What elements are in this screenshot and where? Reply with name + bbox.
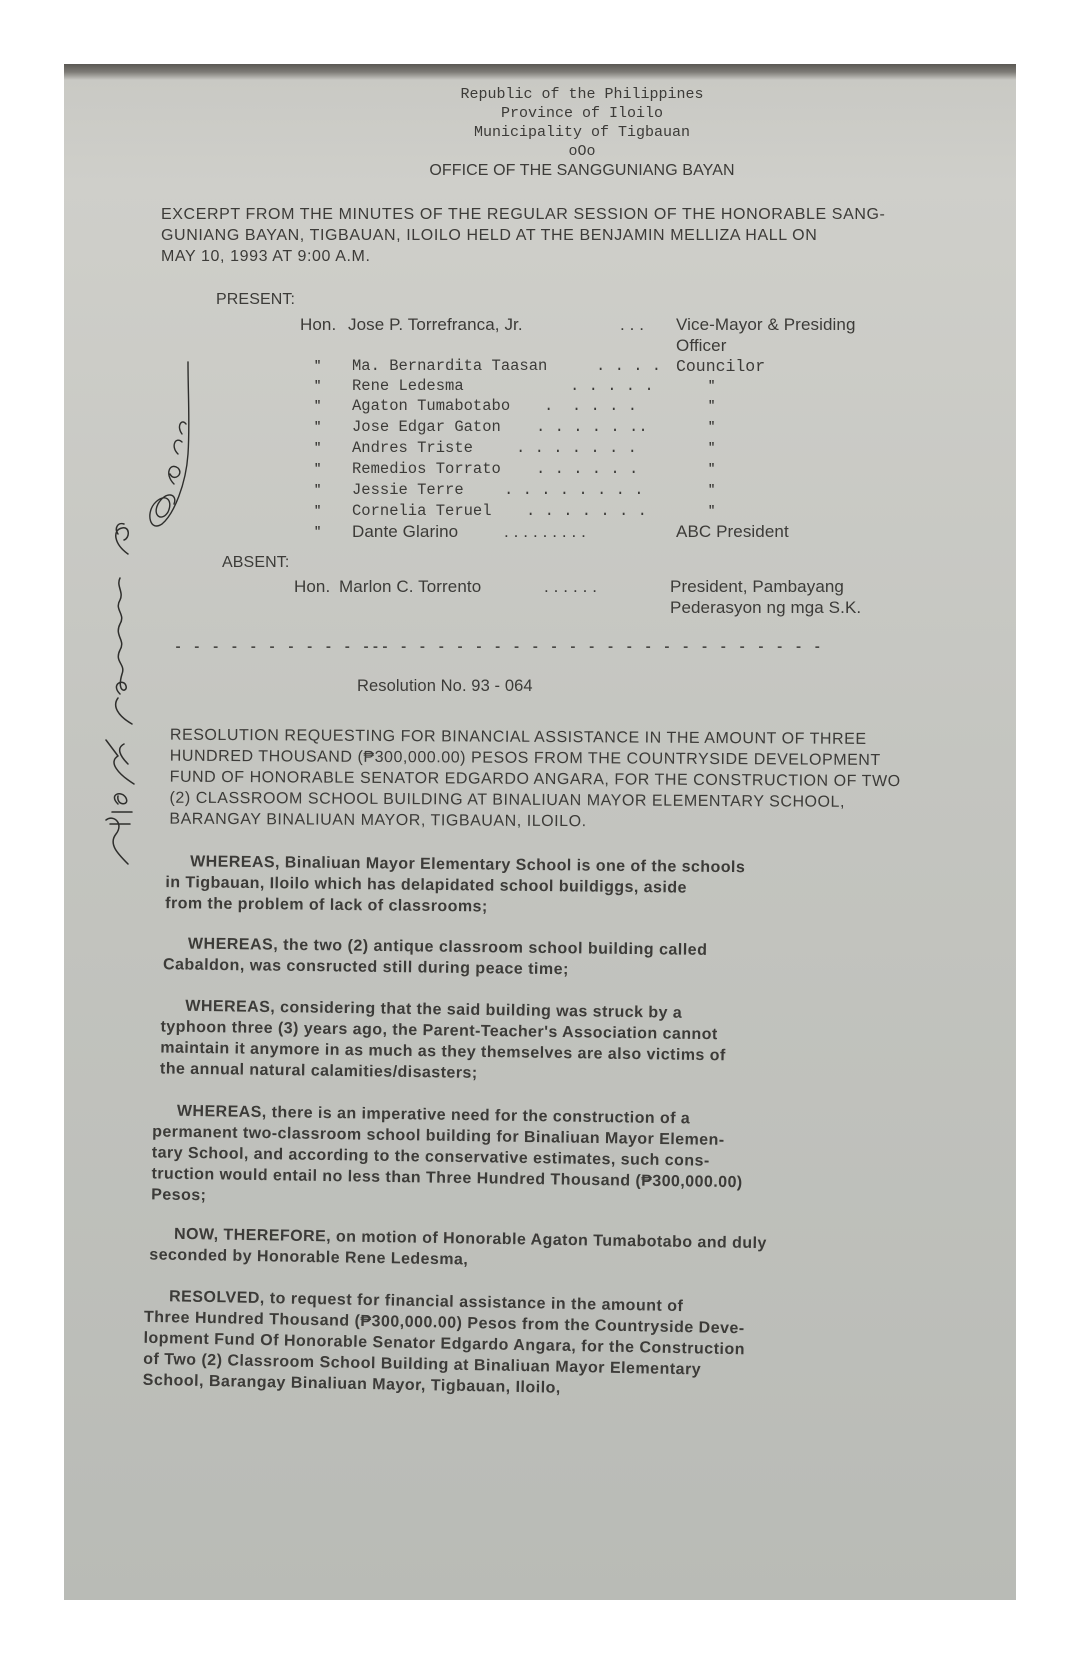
ditto-mark: ": [314, 356, 321, 377]
attendee-name: Remedios Torrato: [352, 459, 501, 480]
attendee-dots: . . . . .: [570, 376, 654, 397]
letterhead-province: Province of Iloilo: [382, 103, 782, 124]
paragraph-line: Pesos;: [151, 1184, 206, 1206]
absentee-name: Marlon C. Torrento: [339, 576, 481, 597]
attendee-dots: . . . .: [596, 356, 661, 377]
attendee-name: Cornelia Teruel: [352, 501, 492, 522]
absentee-role-cont: Pederasyon ng mga S.K.: [670, 597, 861, 618]
ditto-mark: ": [314, 522, 321, 543]
ditto-mark: ": [708, 396, 715, 417]
ditto-mark: ": [708, 376, 715, 397]
attendee-role: Vice-Mayor & Presiding: [676, 314, 856, 335]
attendee-dots: . . . . . ..: [536, 417, 648, 438]
attendee-dots: . . . . . .: [536, 459, 638, 480]
ditto-mark: ": [314, 438, 321, 459]
ditto-mark: ": [708, 417, 715, 438]
dashed-separator: - - - - - - - - - - --- - - - - - - - - …: [174, 638, 823, 659]
letterhead-municipality: Municipality of Tigbauan: [382, 122, 782, 143]
excerpt-line-3: MAY 10, 1993 AT 9:00 A.M.: [161, 246, 371, 267]
attendee-name: Jose Edgar Gaton: [352, 417, 501, 438]
attendee-name: Jose P. Torrefranca, Jr.: [348, 314, 523, 335]
attendee-name: Ma. Bernardita Taasan: [352, 356, 547, 377]
present-label: PRESENT:: [216, 289, 295, 310]
excerpt-line-1: EXCERPT FROM THE MINUTES OF THE REGULAR …: [161, 204, 885, 225]
excerpt-line-2: GUNIANG BAYAN, TIGBAUAN, ILOILO HELD AT …: [161, 225, 817, 246]
office-title: OFFICE OF THE SANGGUNIANG BAYAN: [332, 160, 832, 181]
ditto-mark: ": [708, 501, 715, 522]
ditto-mark: ": [314, 501, 321, 522]
whereas-paragraph-3: WHEREAS, considering that the said build…: [64, 64, 1016, 77]
absentee-dots: . . . . . .: [544, 576, 597, 597]
attendee-dots: . . . . .: [544, 396, 637, 417]
ditto-mark: ": [708, 438, 715, 459]
attendee-role: ABC President: [676, 521, 789, 542]
attendee-dots: . . . . . . .: [516, 438, 637, 459]
attendee-dots: . . . . . . . .: [504, 480, 644, 501]
letterhead-republic: Republic of the Philippines: [382, 84, 782, 105]
attendee-dots: . . . . . . .: [526, 501, 647, 522]
ditto-mark: ": [314, 459, 321, 480]
whereas-paragraph-4: WHEREAS, there is an imperative need for…: [64, 64, 1016, 78]
ditto-mark: ": [708, 459, 715, 480]
paragraph-line: Cabaldon, was consructed still during pe…: [163, 954, 569, 980]
paragraph-line: seconded by Honorable Rene Ledesma,: [149, 1244, 468, 1270]
attendee-name: Agaton Tumabotabo: [352, 396, 510, 417]
attendee-role: Councilor: [676, 356, 765, 377]
whereas-paragraph-1: WHEREAS, Binaliuan Mayor Elementary Scho…: [64, 64, 1016, 74]
now-therefore-paragraph: NOW, THEREFORE, on motion of Honorable A…: [64, 64, 1016, 79]
attendee-role-cont: Officer: [676, 335, 726, 356]
attendee-dots: . . . . . . . . .: [504, 521, 586, 542]
document-page: Republic of the Philippines Province of …: [64, 64, 1016, 1600]
resolved-paragraph: RESOLVED, to request for financial assis…: [64, 64, 1016, 82]
absentee-role: President, Pambayang: [670, 576, 844, 597]
handwritten-margin-note: [88, 494, 148, 874]
attendee-name: Jessie Terre: [352, 480, 464, 501]
attendee-name: Rene Ledesma: [352, 376, 464, 397]
ditto-mark: ": [314, 376, 321, 397]
ditto-mark: ": [314, 417, 321, 438]
attendee-name: Dante Glarino: [352, 521, 458, 542]
handwritten-initial-signature: [144, 354, 204, 544]
ditto-mark: ": [314, 480, 321, 501]
absent-label: ABSENT:: [222, 552, 289, 573]
resolution-number: Resolution No. 93 - 064: [357, 676, 533, 697]
attendee-prefix: Hon.: [300, 314, 336, 335]
paragraph-line: the annual natural calamities/disasters;: [160, 1058, 478, 1083]
ditto-mark: ": [314, 396, 321, 417]
absentee-prefix: Hon.: [294, 576, 330, 597]
resolution-title: RESOLUTION REQUESTING FOR BINANCIAL ASSI…: [64, 64, 1016, 70]
letterhead-ornament: oOo: [382, 141, 782, 162]
paragraph-line: from the problem of lack of classrooms;: [165, 893, 488, 917]
attendee-dots: . . .: [620, 314, 644, 335]
attendee-name: Andres Triste: [352, 438, 473, 459]
whereas-paragraph-2: WHEREAS, the two (2) antique classroom s…: [64, 64, 1016, 76]
ditto-mark: ": [708, 480, 715, 501]
resolution-title-line: BARANGAY BINALIUAN MAYOR, TIGBAUAN, ILOI…: [169, 809, 586, 833]
